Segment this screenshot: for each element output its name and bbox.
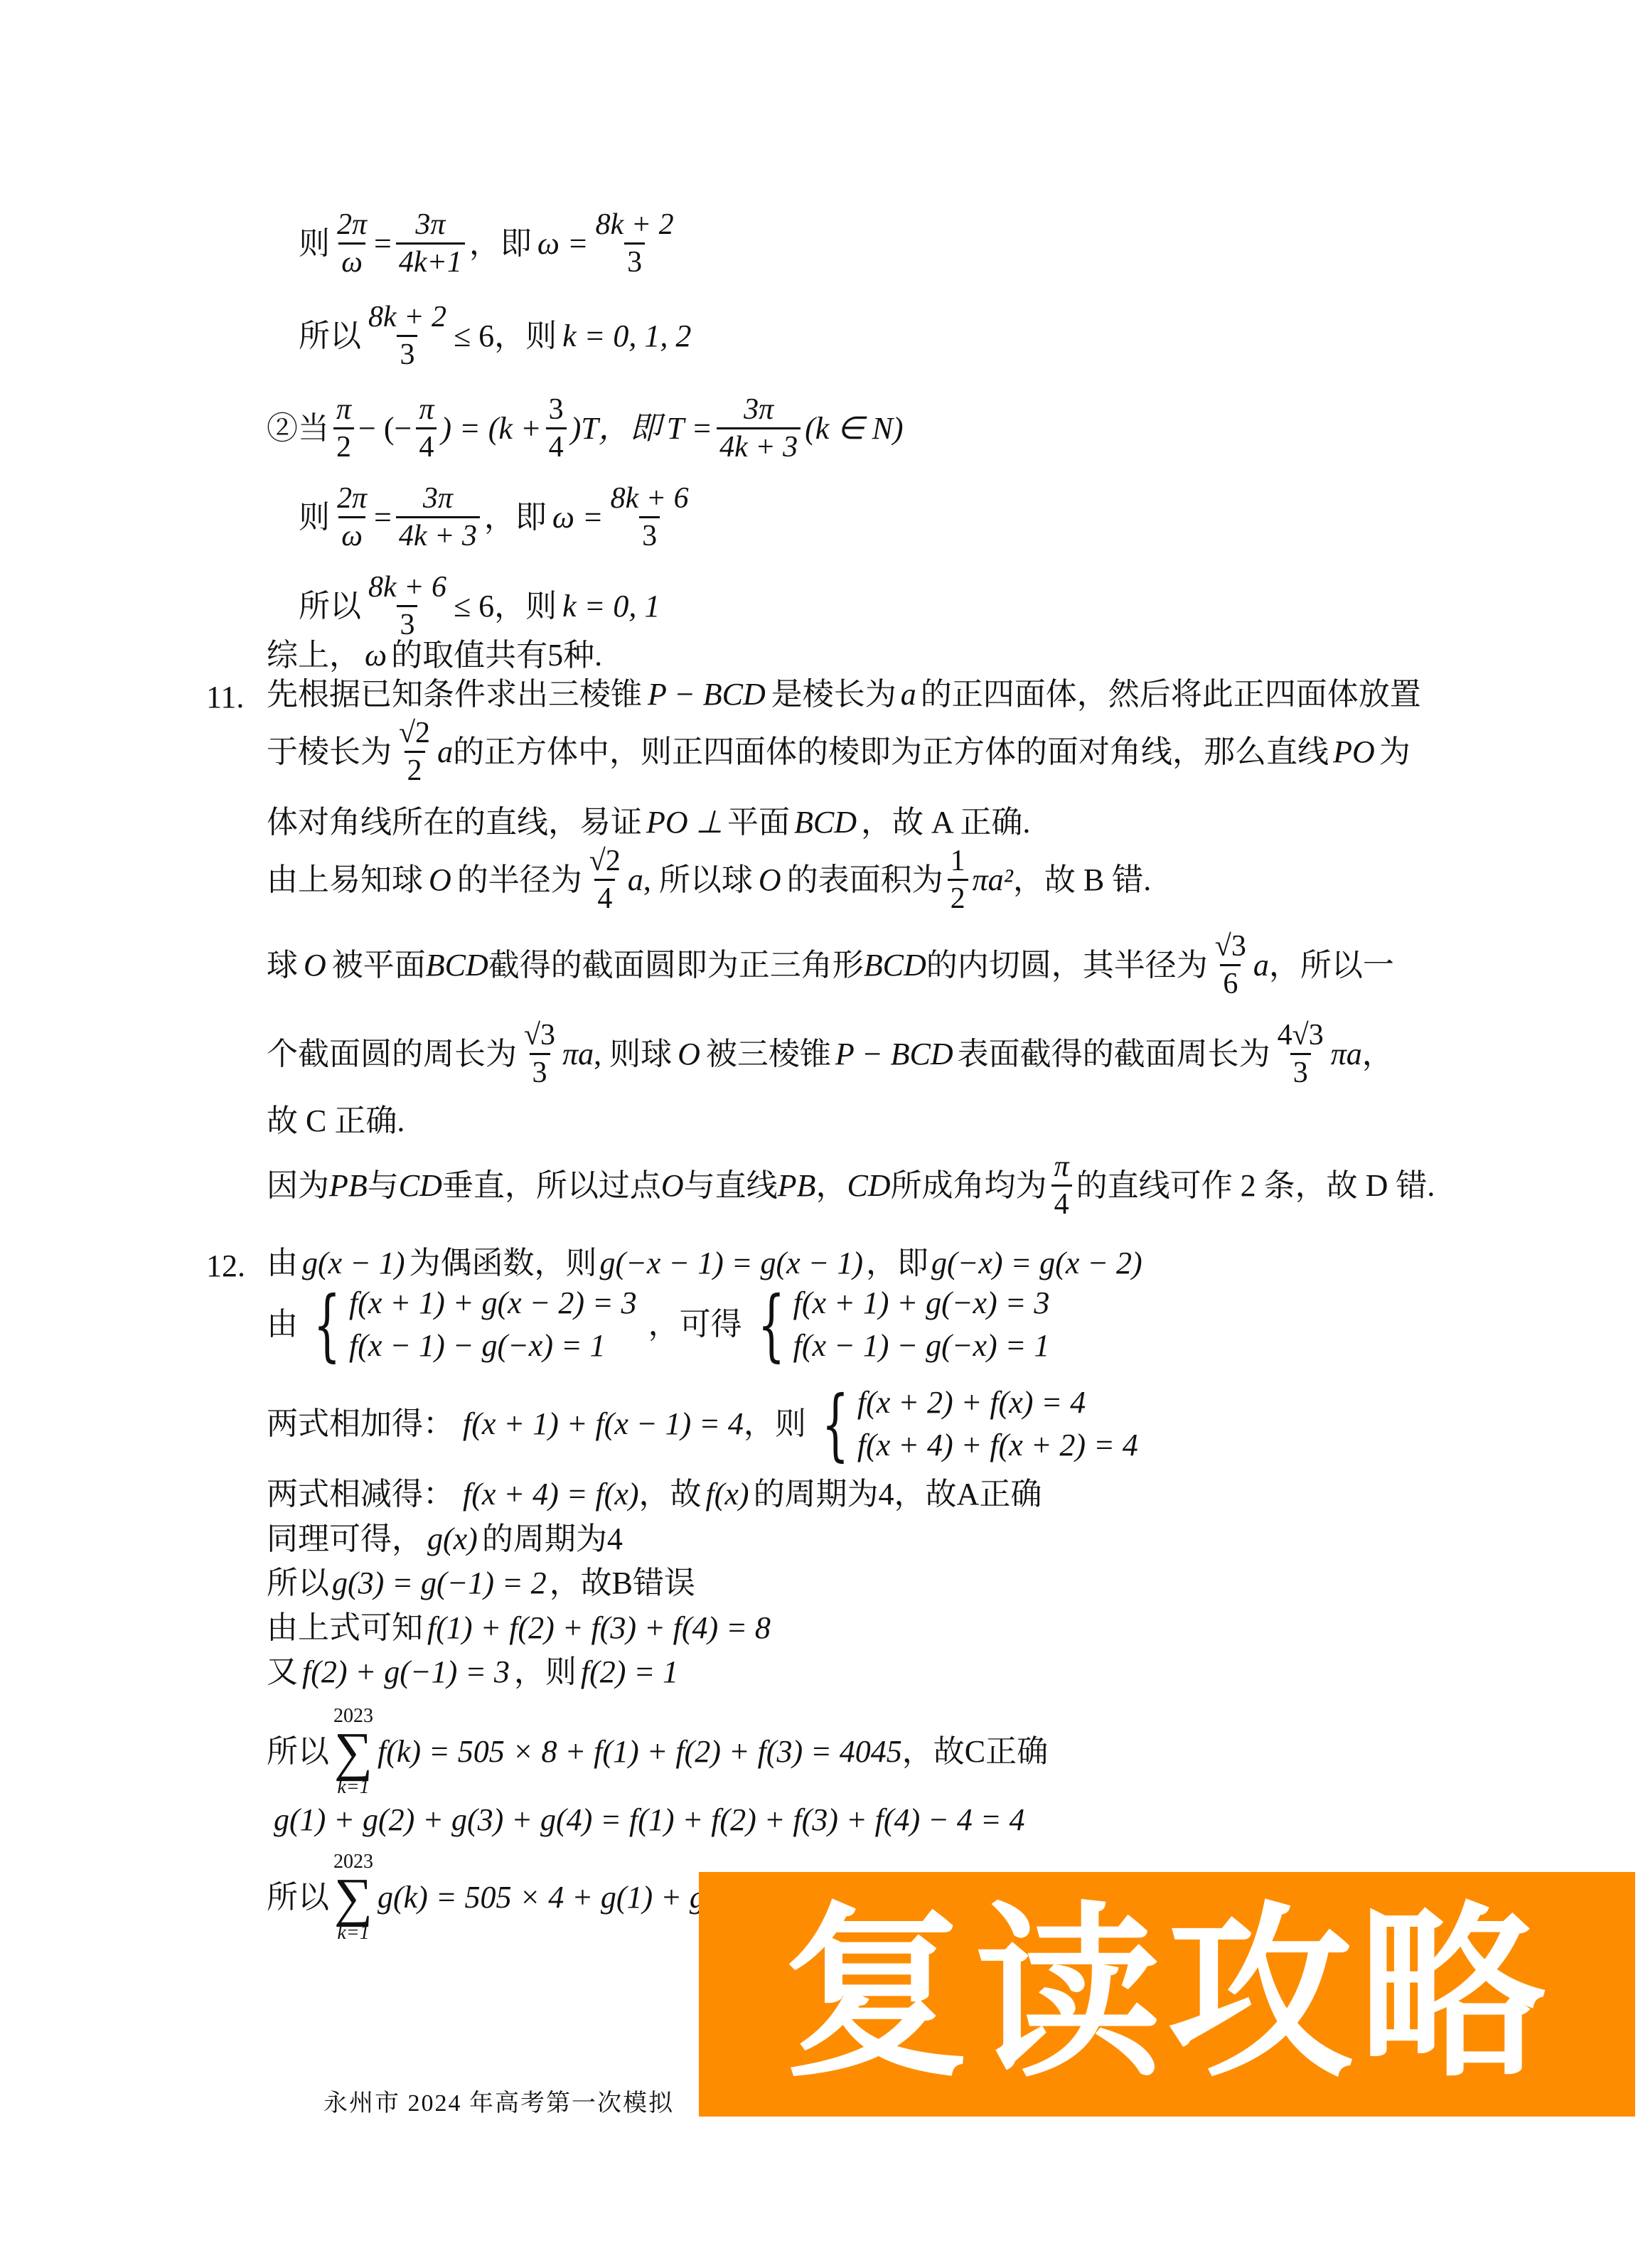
q12-line-1: 由 g(x − 1) 为偶函数，则 g(−x − 1) = g(x − 1) ，… (267, 1248, 1145, 1279)
q12-line-5: 同理可得， g(x) 的周期为4 (267, 1524, 623, 1555)
q10-line-5: 所以 8k + 63 ≤ 6，则 k = 0, 1 (299, 572, 660, 640)
fraction: 8k + 23 (365, 302, 449, 370)
q11-line-7: 故 C 正确. (267, 1106, 405, 1137)
q12-line-9: 所以 2023 ∑ k=1 f(k) = 505 × 8 + f(1) + f(… (267, 1706, 1048, 1797)
summation-symbol: 2023 ∑ k=1 (333, 1852, 373, 1943)
equation-system: { f(x + 1) + g(−x) = 3f(x − 1) − g(−x) =… (746, 1285, 1050, 1364)
q12-line-6: 所以 g(3) = g(−1) = 2 ，故B错误 (267, 1568, 695, 1599)
q10-line-2: 所以 8k + 23 ≤ 6，则 k = 0, 1, 2 (299, 302, 691, 370)
fraction: 2πω (334, 210, 370, 277)
q11-line-5: 球 O 被平面 BCD 截得的截面圆即为正三角形 BCD 的内切圆，其半径为 √… (267, 931, 1394, 999)
question-number-11: 11. (206, 679, 244, 715)
q12-line-2: 由 { f(x + 1) + g(x − 2) = 3f(x − 1) − g(… (267, 1285, 1049, 1364)
question-number-12: 12. (206, 1248, 245, 1284)
q11-line-4: 由上易知球 O 的半径为 √24 a , 所以球 O 的表面积为 12 πa² … (267, 846, 1151, 914)
fraction: 3π4k+1 (396, 210, 465, 277)
q12-line-4: 两式相减得： f(x + 4) = f(x) ，故 f(x) 的周期为4，故A正… (267, 1479, 1042, 1510)
q12-line-11: 所以 2023 ∑ k=1 g(k) = 505 × 4 + g(1) + g( (267, 1852, 716, 1943)
q10-line-1: 则 2πω = 3π4k+1 ，即 ω = 8k + 23 (299, 210, 681, 277)
q11-line-1: 先根据已知条件求出三棱锥 P − BCD 是棱长为 a 的正四面体，然后将此正四… (267, 679, 1421, 710)
fraction: 8k + 23 (593, 210, 677, 277)
q12-line-3: 两式相加得： f(x + 1) + f(x − 1) = 4 ，则 { f(x … (267, 1385, 1138, 1463)
q11-line-2: 于棱长为 √22 a 的正方体中，则正四面体的棱即为正方体的面对角线，那么直线 … (267, 718, 1410, 786)
q12-line-7: 由上式可知 f(1) + f(2) + f(3) + f(4) = 8 (267, 1612, 771, 1644)
summation-symbol: 2023 ∑ k=1 (333, 1706, 373, 1797)
q11-line-3: 体对角线所在的直线，易证 PO ⊥ 平面 BCD ，故 A 正确. (267, 807, 1030, 838)
q10-line-4: 则 2πω = 3π4k + 3 ，即 ω = 8k + 63 (299, 483, 696, 551)
q11-line-6: 个截面圆的周长为 √33 πa , 则球 O 被三棱锥 P − BCD 表面截得… (267, 1020, 1393, 1088)
q12-line-8: 又 f(2) + g(−1) = 3 ，则 f(2) = 1 (267, 1657, 678, 1688)
q11-line-8: 因为 PB 与 CD 垂直，所以过点 O 与直线 PB ， CD 所成角均为 π… (267, 1152, 1435, 1219)
q10-line-3: ②当 π2 − (− π4 ) = (k + 34 )T，即 T = 3π4k … (267, 395, 904, 462)
page-footer: 永州市 2024 年高考第一次模拟 (323, 2083, 674, 2118)
banner-text: 复读攻略 (783, 1901, 1551, 2087)
equation-system: { f(x + 2) + f(x) = 4f(x + 4) + f(x + 2)… (810, 1385, 1138, 1463)
watermark-banner: 复读攻略 (699, 1872, 1635, 2117)
q12-line-10: g(1) + g(2) + g(3) + g(4) = f(1) + f(2) … (274, 1804, 1025, 1836)
q10-conclusion: 综上， ω 的取值共有5种. (267, 640, 602, 671)
equation-system: { f(x + 1) + g(x − 2) = 3f(x − 1) − g(−x… (302, 1285, 637, 1364)
